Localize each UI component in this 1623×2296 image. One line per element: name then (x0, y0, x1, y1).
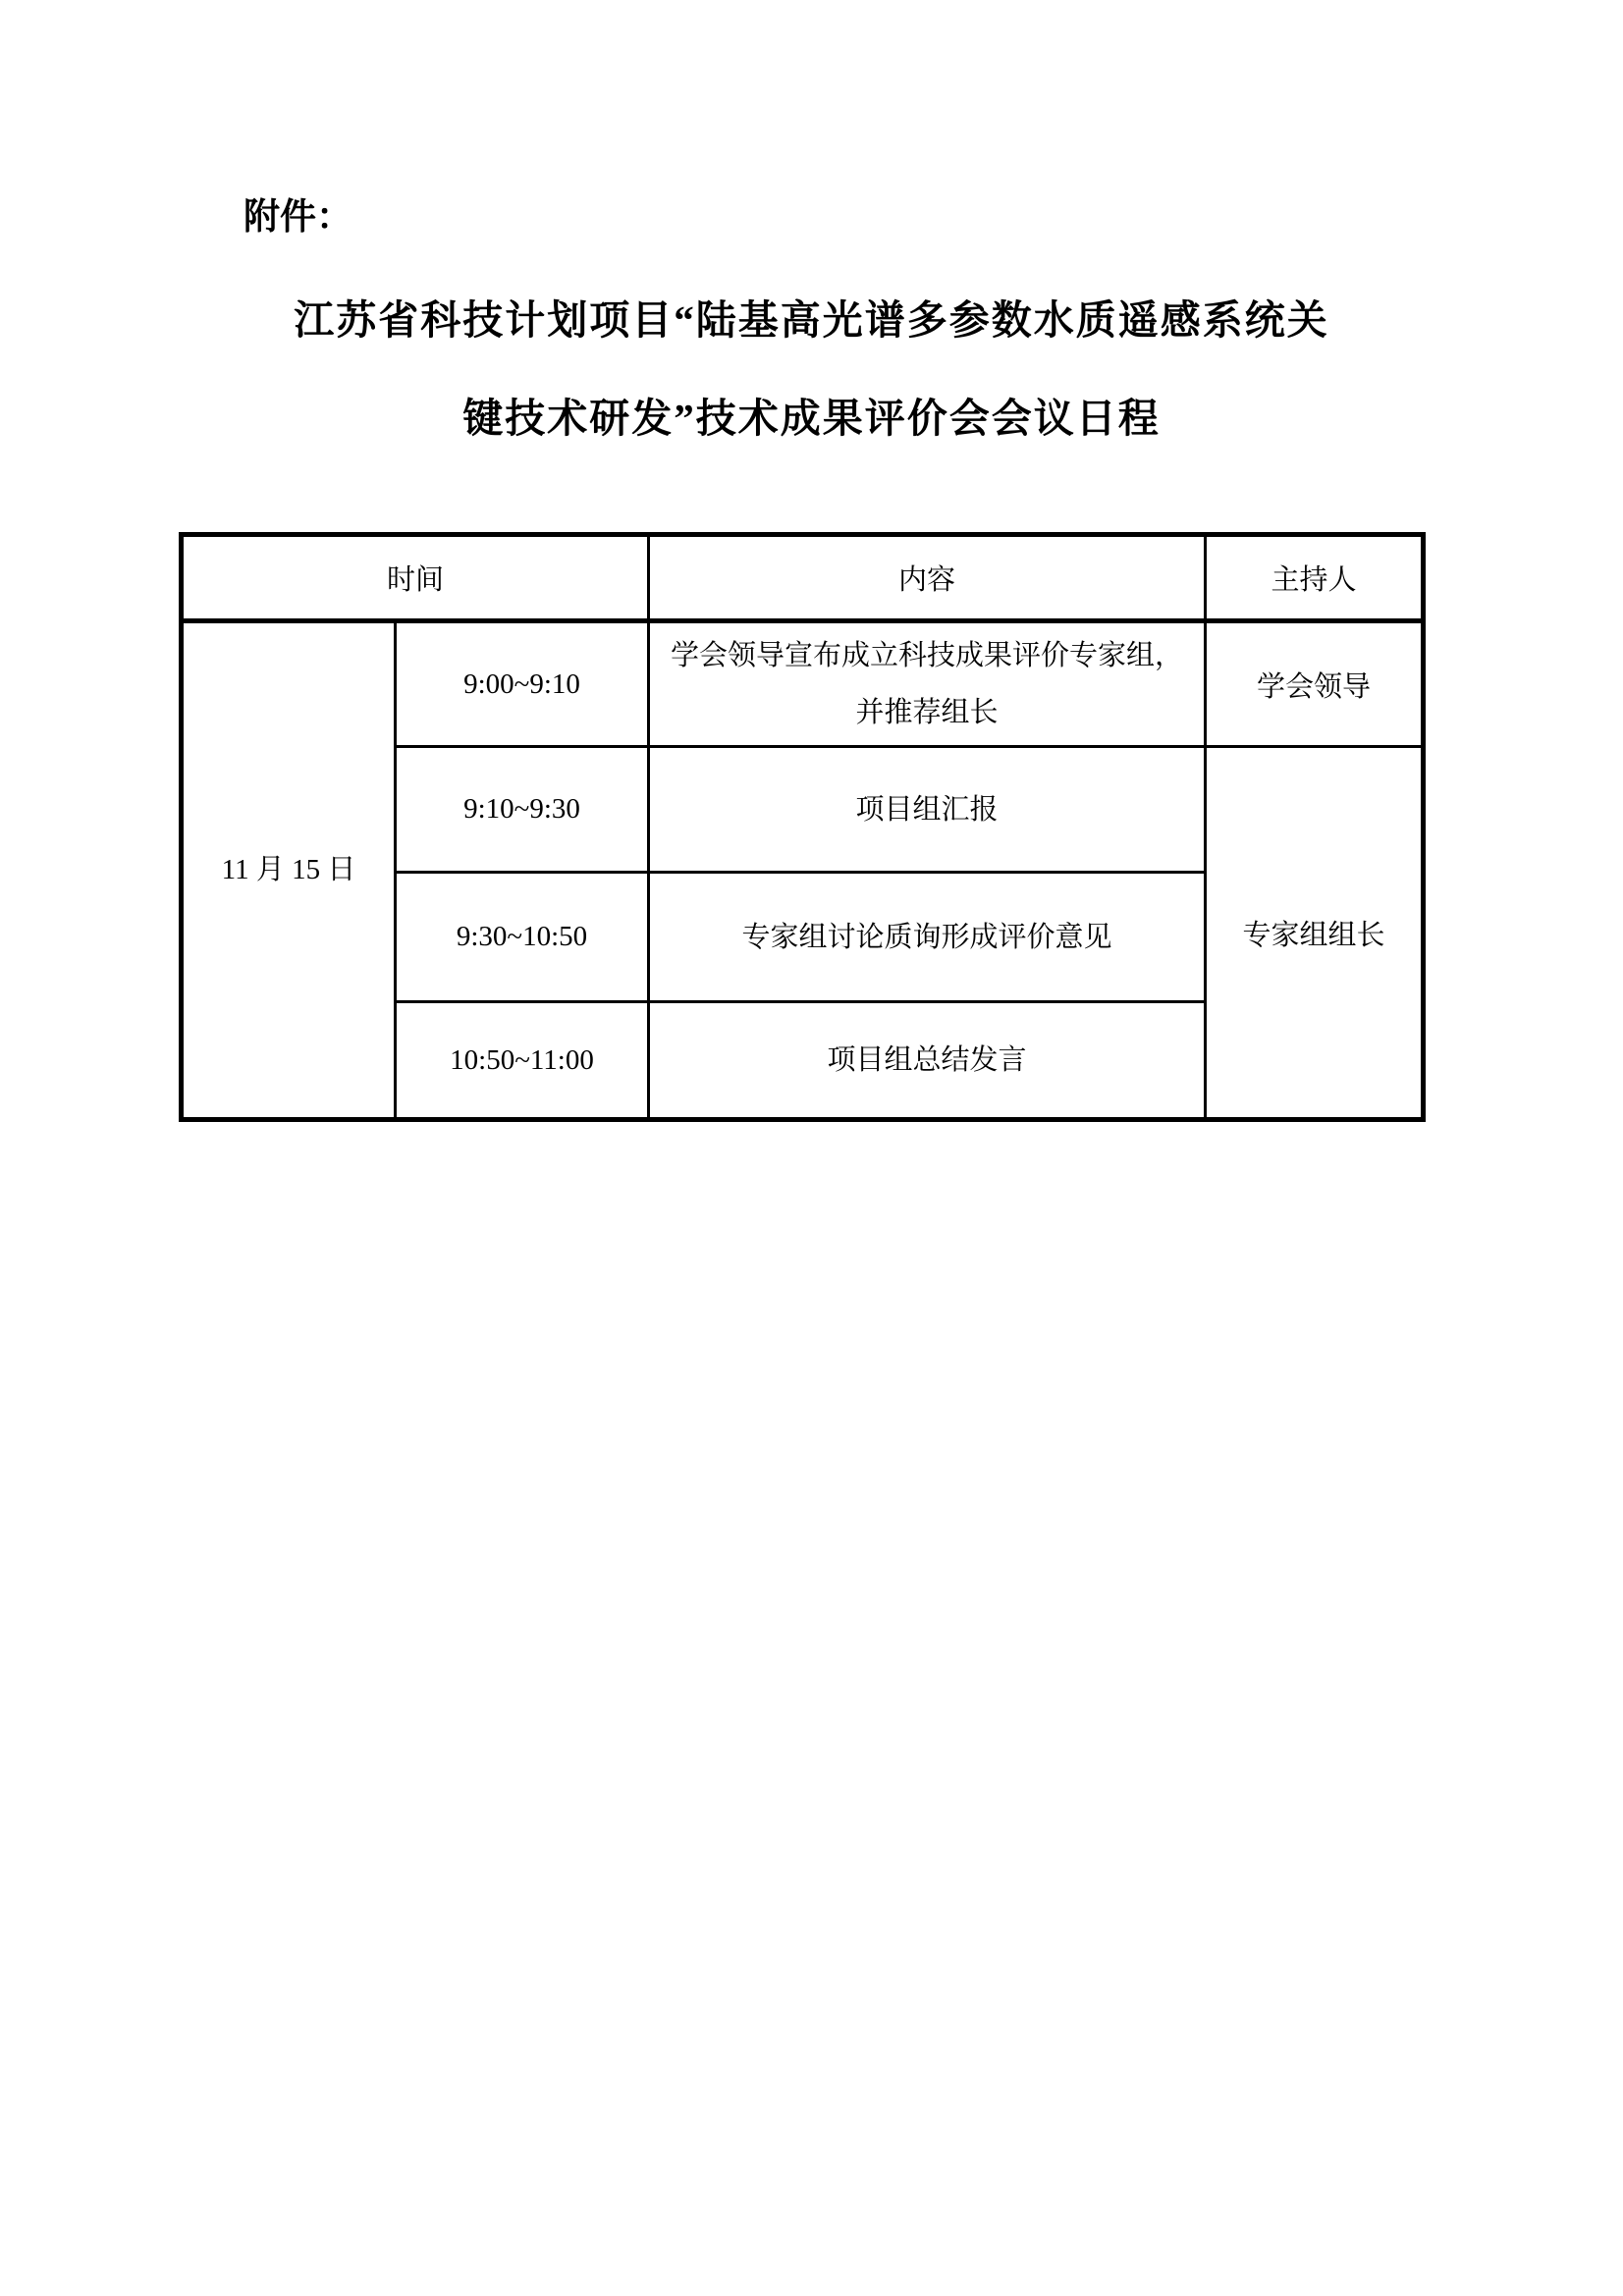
content-cell-3: 专家组讨论质询形成评价意见 (649, 873, 1206, 1002)
header-content: 内容 (649, 535, 1206, 621)
time-cell-4: 10:50~11:00 (396, 1002, 649, 1120)
agenda-table: 时间 内容 主持人 11 月 15 日 9:00~9:10 学会领导宣布成立科技… (179, 532, 1426, 1122)
header-host: 主持人 (1206, 535, 1424, 621)
host-cell-1: 学会领导 (1206, 621, 1424, 747)
date-cell: 11 月 15 日 (182, 621, 396, 1120)
document-title-line-1: 江苏省科技计划项目“陆基高光谱多参数水质遥感系统关 (0, 271, 1623, 369)
content-cell-1: 学会领导宣布成立科技成果评价专家组，并推荐组长 (649, 621, 1206, 747)
document-title: 江苏省科技计划项目“陆基高光谱多参数水质遥感系统关 键技术研发”技术成果评价会会… (0, 271, 1623, 467)
attachment-label: 附件： (243, 192, 1623, 243)
agenda-header-row: 时间 内容 主持人 (182, 535, 1424, 621)
time-cell-2: 9:10~9:30 (396, 747, 649, 873)
host-cell-2: 专家组组长 (1206, 747, 1424, 1120)
document-title-line-2: 键技术研发”技术成果评价会会议日程 (0, 369, 1623, 467)
time-cell-1: 9:00~9:10 (396, 621, 649, 747)
time-cell-3: 9:30~10:50 (396, 873, 649, 1002)
header-time: 时间 (182, 535, 649, 621)
content-cell-2: 项目组汇报 (649, 747, 1206, 873)
agenda-row-1: 11 月 15 日 9:00~9:10 学会领导宣布成立科技成果评价专家组，并推… (182, 621, 1424, 747)
document-page: 附件： 江苏省科技计划项目“陆基高光谱多参数水质遥感系统关 键技术研发”技术成果… (0, 0, 1623, 2296)
content-cell-4: 项目组总结发言 (649, 1002, 1206, 1120)
date-text: 11 月 15 日 (215, 843, 362, 897)
